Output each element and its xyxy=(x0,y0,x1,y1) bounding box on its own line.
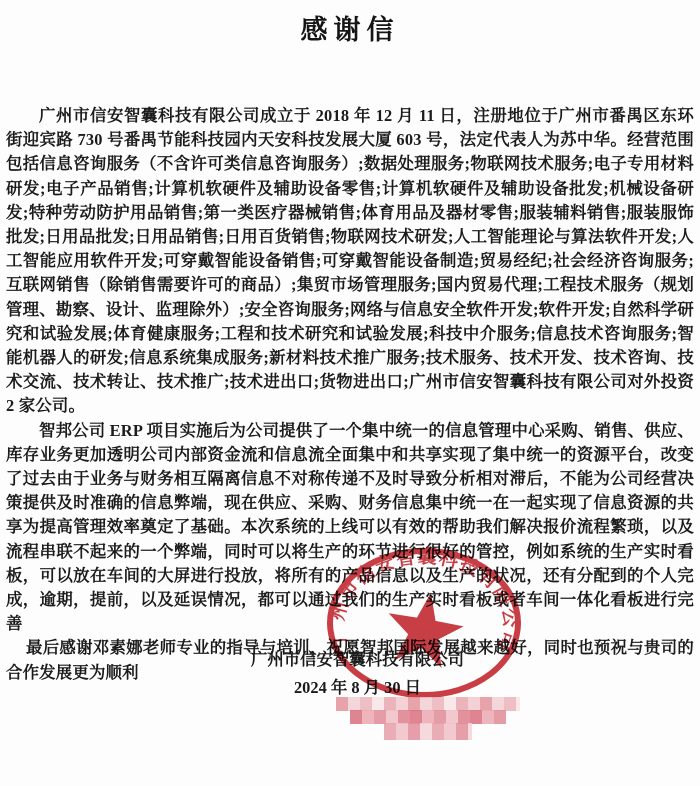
letter-page: 感谢信 广州市信安智囊科技有限公司成立于 2018 年 12 月 11 日，注册… xyxy=(0,0,700,786)
signature-block: 广州市信安智囊科技有限公司 2024 年 8 月 30 日 xyxy=(175,646,540,702)
letter-paragraph: 智邦公司 ERP 项目实施后为公司提供了一个集中统一的信息管理中心采购、销售、供… xyxy=(6,419,694,637)
letter-paragraph: 广州市信安智囊科技有限公司成立于 2018 年 12 月 11 日，注册地位于广… xyxy=(6,104,694,419)
letter-title: 感谢信 xyxy=(0,0,700,47)
pixelated-redaction xyxy=(350,710,506,724)
letter-body: 广州市信安智囊科技有限公司成立于 2018 年 12 月 11 日，注册地位于广… xyxy=(6,104,694,685)
signature-date: 2024 年 8 月 30 日 xyxy=(175,674,540,702)
signature-company: 广州市信安智囊科技有限公司 xyxy=(175,646,540,674)
pixelated-redaction xyxy=(384,723,472,740)
